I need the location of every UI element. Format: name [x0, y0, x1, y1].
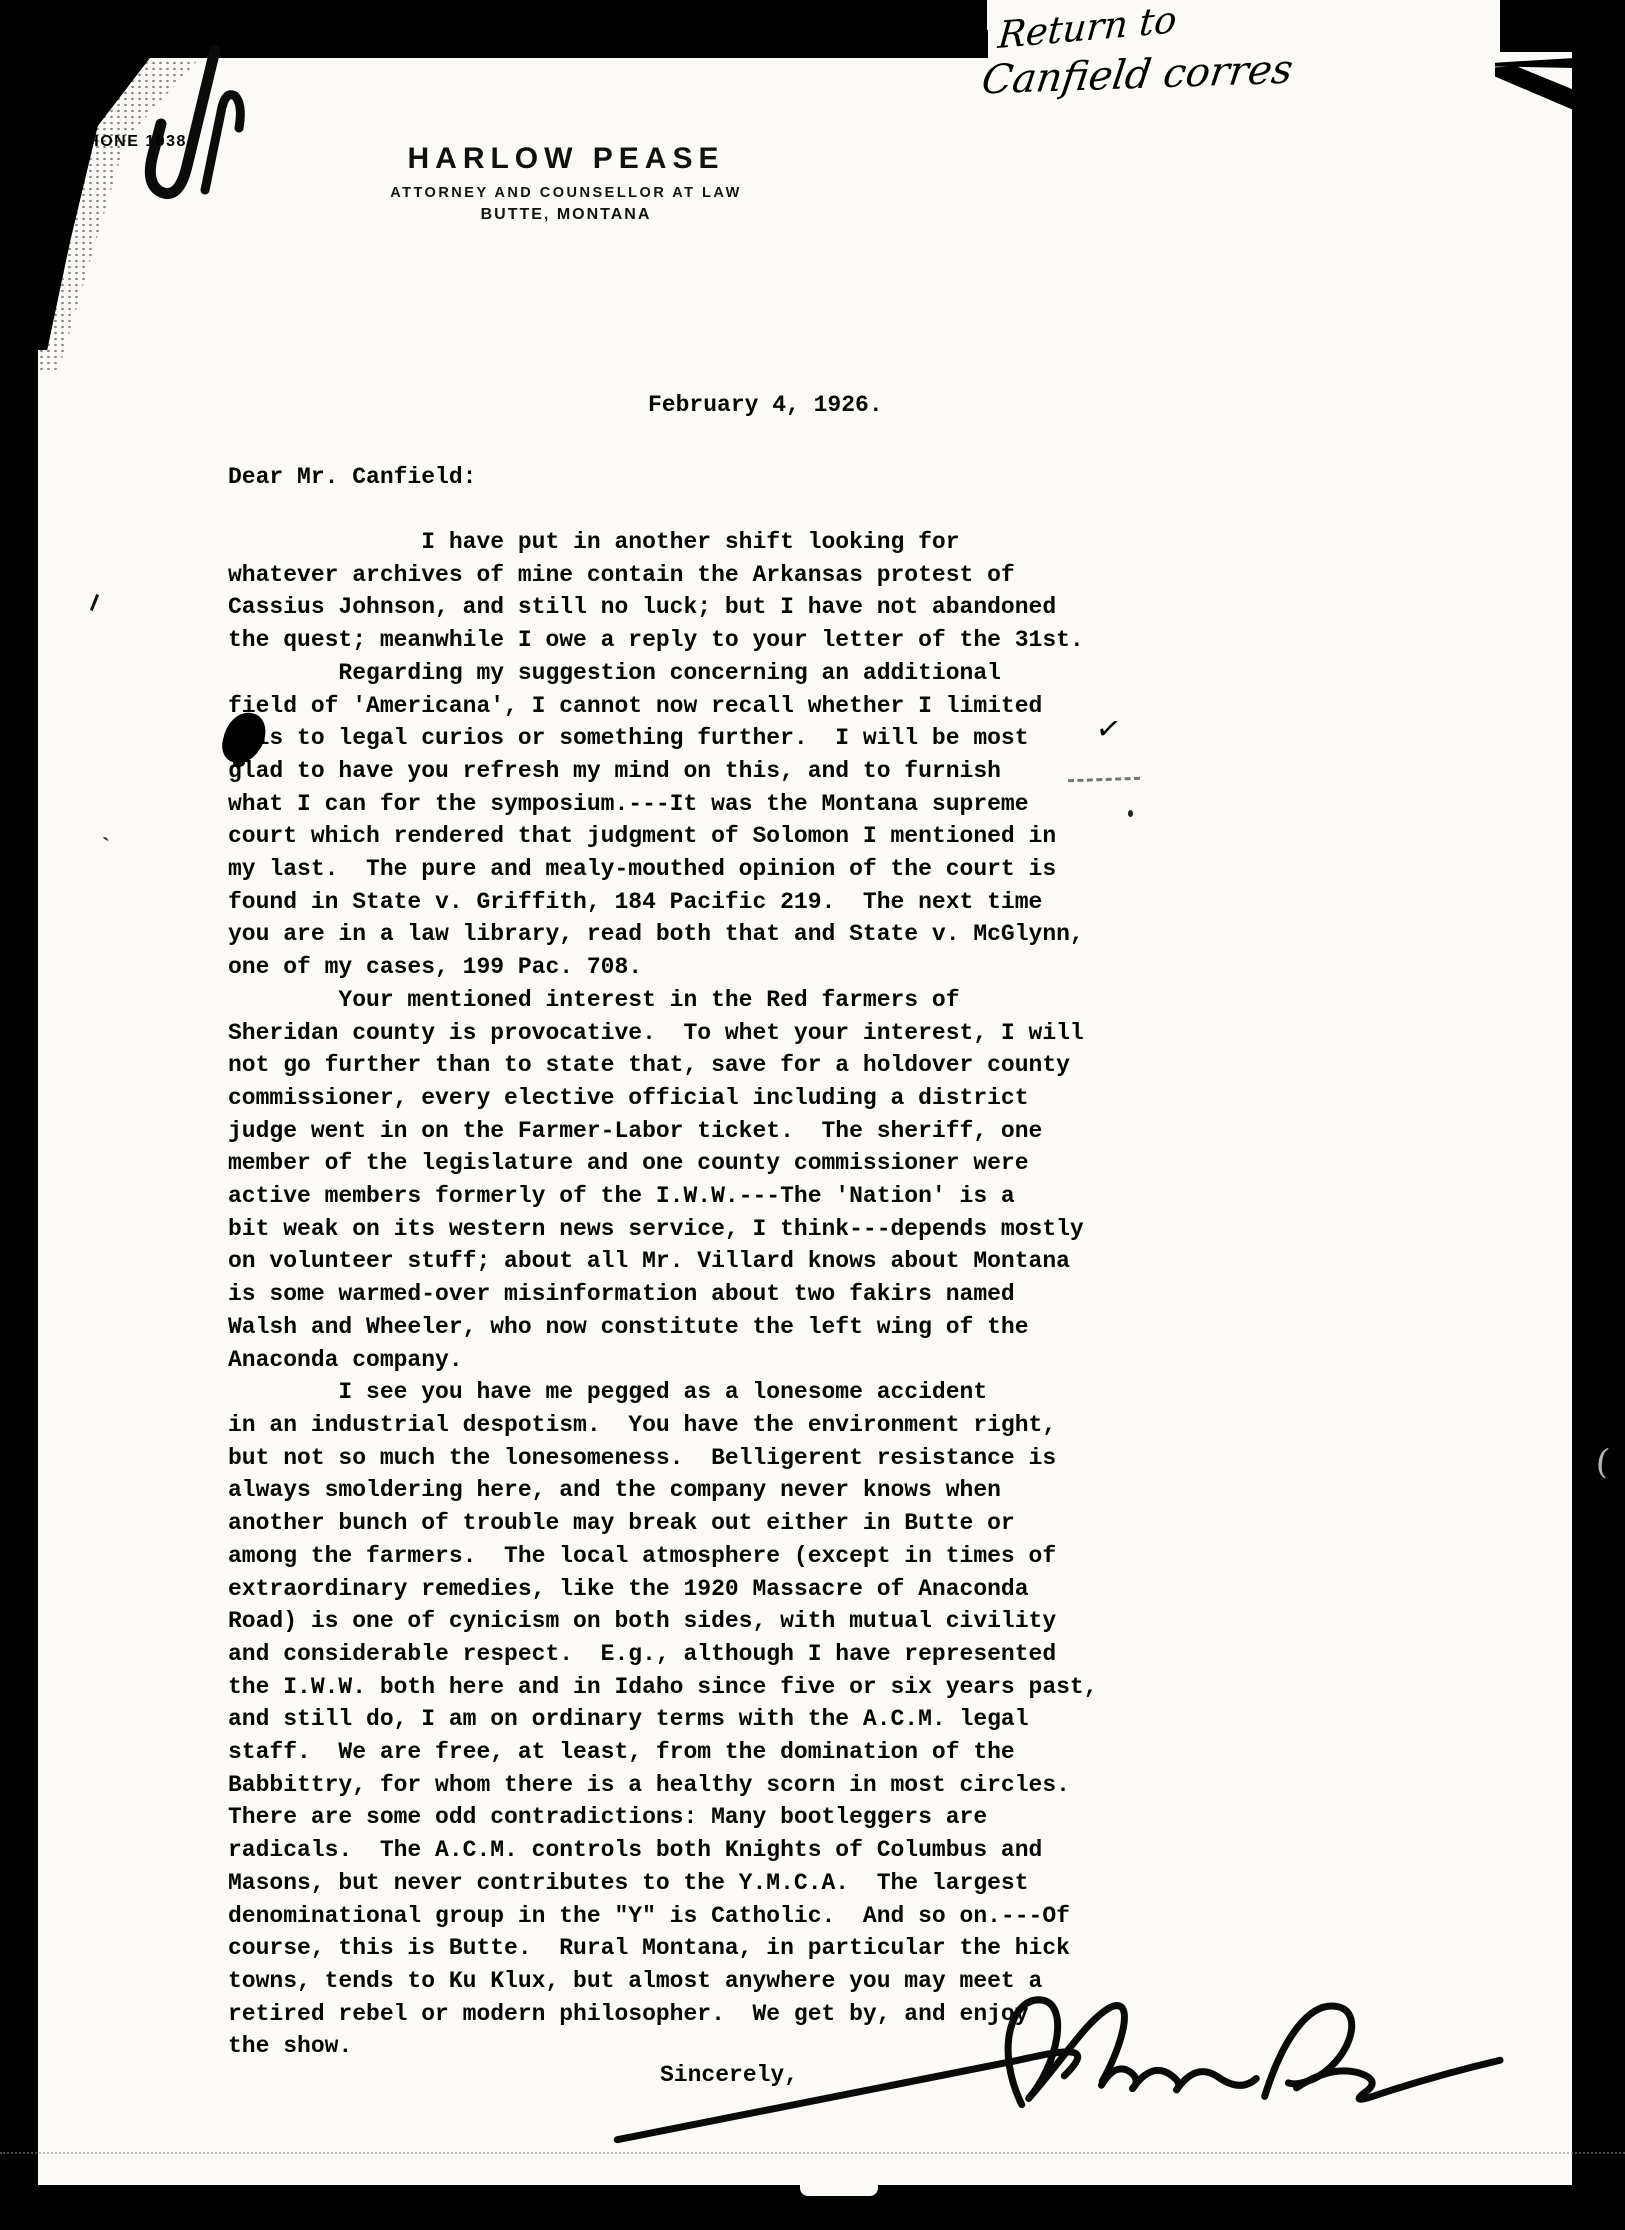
letter-line: Anaconda company.: [228, 1344, 1098, 1377]
letter-line: this to legal curios or something furthe…: [228, 722, 1098, 755]
letter-line: denominational group in the "Y" is Catho…: [228, 1900, 1098, 1933]
letter-body: I have put in another shift looking forw…: [228, 526, 1098, 2063]
letter-line: found in State v. Griffith, 184 Pacific …: [228, 886, 1098, 919]
letter-line: active members formerly of the I.W.W.---…: [228, 1180, 1098, 1213]
letter-line: commissioner, every elective official in…: [228, 1082, 1098, 1115]
letter-line: Your mentioned interest in the Red farme…: [228, 984, 1098, 1017]
letter-line: Walsh and Wheeler, who now constitute th…: [228, 1311, 1098, 1344]
letter-line: member of the legislature and one county…: [228, 1147, 1098, 1180]
letter-line: is some warmed-over misinformation about…: [228, 1278, 1098, 1311]
letter-line: glad to have you refresh my mind on this…: [228, 755, 1098, 788]
letter-salutation: Dear Mr. Canfield:: [228, 464, 476, 490]
letter-line: the quest; meanwhile I owe a reply to yo…: [228, 624, 1098, 657]
phone-stamp: PHONE 1938: [75, 133, 187, 151]
letter-line: and considerable respect. E.g., although…: [228, 1638, 1098, 1671]
letter-line: There are some odd contradictions: Many …: [228, 1801, 1098, 1834]
letter-line: Regarding my suggestion concerning an ad…: [228, 657, 1098, 690]
letter-line: and still do, I am on ordinary terms wit…: [228, 1703, 1098, 1736]
letter-line: always smoldering here, and the company …: [228, 1474, 1098, 1507]
letter-line: Sheridan county is provocative. To whet …: [228, 1017, 1098, 1050]
letter-date: February 4, 1926.: [648, 392, 883, 418]
ink-blot-tail: [233, 758, 245, 767]
letter-line: judge went in on the Farmer-Labor ticket…: [228, 1115, 1098, 1148]
letterhead-role: ATTORNEY AND COUNSELLOR AT LAW: [330, 185, 802, 201]
margin-check-mark: ✓: [1094, 710, 1124, 748]
letter-line: Road) is one of cynicism on both sides, …: [228, 1605, 1098, 1638]
letter-line: you are in a law library, read both that…: [228, 918, 1098, 951]
letterhead-city: BUTTE, MONTANA: [330, 206, 802, 224]
letterhead: HARLOW PEASE ATTORNEY AND COUNSELLOR AT …: [330, 142, 802, 224]
letter-line: field of 'Americana', I cannot now recal…: [228, 690, 1098, 723]
letter-line: court which rendered that judgment of So…: [228, 820, 1098, 853]
letter-line: the I.W.W. both here and in Idaho since …: [228, 1671, 1098, 1704]
scan-fold-dotted-line: [0, 2152, 1625, 2154]
letter-line: I have put in another shift looking for: [228, 526, 1098, 559]
letter-line: staff. We are free, at least, from the d…: [228, 1736, 1098, 1769]
letter-line: one of my cases, 199 Pac. 708.: [228, 951, 1098, 984]
letter-line: whatever archives of mine contain the Ar…: [228, 559, 1098, 592]
letter-line: Babbittry, for whom there is a healthy s…: [228, 1769, 1098, 1802]
letter-line: extraordinary remedies, like the 1920 Ma…: [228, 1573, 1098, 1606]
letter-line: but not so much the lonesomeness. Bellig…: [228, 1442, 1098, 1475]
right-edge-crease: (: [1594, 1441, 1611, 1482]
letter-line: another bunch of trouble may break out e…: [228, 1507, 1098, 1540]
signature-harlow-pease: [595, 1977, 1518, 2145]
letter-line: Cassius Johnson, and still no luck; but …: [228, 591, 1098, 624]
letter-line: not go further than to state that, save …: [228, 1049, 1098, 1082]
letter-line: Masons, but never contributes to the Y.M…: [228, 1867, 1098, 1900]
letter-line: in an industrial despotism. You have the…: [228, 1409, 1098, 1442]
paper-bottom-notch: [800, 2183, 878, 2196]
letter-line: my last. The pure and mealy-mouthed opin…: [228, 853, 1098, 886]
letter-line: radicals. The A.C.M. controls both Knigh…: [228, 1834, 1098, 1867]
margin-dot-mark: [1128, 810, 1133, 817]
letter-line: what I can for the symposium.---It was t…: [228, 788, 1098, 821]
letter-line: I see you have me pegged as a lonesome a…: [228, 1376, 1098, 1409]
letter-line: among the farmers. The local atmosphere …: [228, 1540, 1098, 1573]
letter-line: course, this is Butte. Rural Montana, in…: [228, 1932, 1098, 1965]
letterhead-name: HARLOW PEASE: [330, 142, 802, 176]
left-margin-speck: `: [98, 834, 114, 864]
scanned-letter-page: { "page": { "background_color": "#000000…: [0, 0, 1625, 2230]
letter-line: on volunteer stuff; about all Mr. Villar…: [228, 1245, 1098, 1278]
letter-line: bit weak on its western news service, I …: [228, 1213, 1098, 1246]
scan-artifact-corner-block: [1500, 0, 1625, 52]
